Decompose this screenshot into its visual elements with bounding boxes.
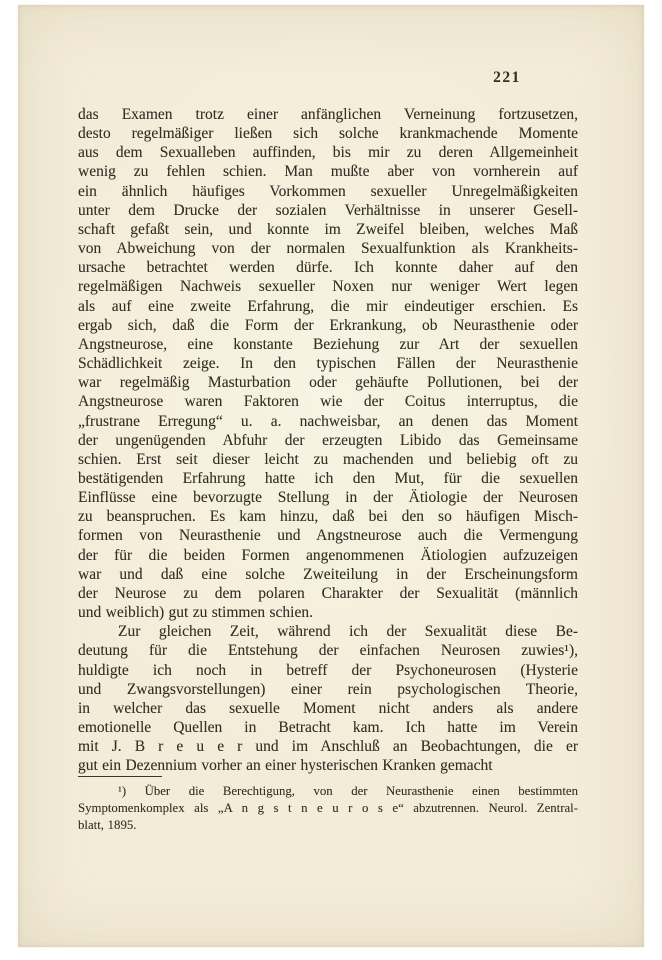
text-line: unter dem Drucke der sozialen Verhältnis… bbox=[78, 201, 578, 220]
text-line: Schädlichkeit zeige. In den typischen Fä… bbox=[78, 354, 578, 373]
text-line: schaft gefaßt sein, und konnte im Zweife… bbox=[78, 220, 578, 239]
text-line: der für die beiden Formen angenommenen Ä… bbox=[78, 546, 578, 565]
text-line: desto regelmäßiger ließen sich solche kr… bbox=[78, 124, 578, 143]
text-line: „frustrane Erregung“ u. a. nachweisbar, … bbox=[78, 412, 578, 431]
book-page: 221 das Examen trotz einer anfänglichen … bbox=[18, 5, 644, 947]
text-line: schien. Erst seit dieser leicht zu mache… bbox=[78, 450, 578, 469]
text-line: Angstneurose waren Faktoren wie der Coit… bbox=[78, 392, 578, 411]
text-line: der ungenügenden Abfuhr der erzeugten Li… bbox=[78, 431, 578, 450]
text-line: blatt, 1895. bbox=[78, 817, 578, 834]
text-line: ergab sich, daß die Form der Erkrankung,… bbox=[78, 316, 578, 335]
text-line: gut ein Dezennium vorher an einer hyster… bbox=[78, 756, 578, 775]
body-text: das Examen trotz einer anfänglichen Vern… bbox=[78, 105, 578, 775]
text-line: und Zwangsvorstellungen) einer rein psyc… bbox=[78, 680, 578, 699]
scanned-book-page: { "theme":{ "paper":"#f3ecd8", "ink":"#3… bbox=[0, 0, 662, 960]
text-line: zu beanspruchen. Es kam hinzu, daß bei d… bbox=[78, 507, 578, 526]
text-line: Angstneurose, eine konstante Beziehung z… bbox=[78, 335, 578, 354]
text-line: emotionelle Quellen in Betracht kam. Ich… bbox=[78, 718, 578, 737]
text-line: und weiblich) gut zu stimmen schien. bbox=[78, 603, 578, 622]
text-line: formen von Neurasthenie und Angstneurose… bbox=[78, 526, 578, 545]
text-line: war regelmäßig Masturbation oder gehäuft… bbox=[78, 373, 578, 392]
footnote-divider bbox=[78, 776, 162, 777]
text-line: regelmäßigen Nachweis sexueller Noxen nu… bbox=[78, 277, 578, 296]
text-line: ¹) Über die Berechtigung, von der Neuras… bbox=[78, 783, 578, 800]
text-line: aus dem Sexualleben auffinden, bis mir z… bbox=[78, 143, 578, 162]
text-line: ein ähnlich häufiges Vorkommen sexueller… bbox=[78, 182, 578, 201]
text-line: mit J. B r e u e r und im Anschluß an Be… bbox=[78, 737, 578, 756]
text-line: das Examen trotz einer anfänglichen Vern… bbox=[78, 105, 578, 124]
text-line: Einflüsse eine bevorzugte Stellung in de… bbox=[78, 488, 578, 507]
footnote: ¹) Über die Berechtigung, von der Neuras… bbox=[78, 783, 578, 835]
text-line: huldigte ich noch in betreff der Psychon… bbox=[78, 661, 578, 680]
text-line: deutung für die Entstehung der einfachen… bbox=[78, 641, 578, 660]
text-line: ursache betrachtet werden dürfe. Ich kon… bbox=[78, 258, 578, 277]
text-line: bestätigenden Erfahrung hatte ich den Mu… bbox=[78, 469, 578, 488]
text-line: in welcher das sexuelle Moment nicht and… bbox=[78, 699, 578, 718]
text-line: von Abweichung von der normalen Sexualfu… bbox=[78, 239, 578, 258]
text-line: der Neurose zu dem polaren Charakter der… bbox=[78, 584, 578, 603]
text-line: Zur gleichen Zeit, während ich der Sexua… bbox=[78, 622, 578, 641]
text-line: als auf eine zweite Erfahrung, die mir e… bbox=[78, 297, 578, 316]
text-line: war und daß eine solche Zweiteilung in d… bbox=[78, 565, 578, 584]
page-number: 221 bbox=[477, 69, 537, 87]
text-line: wenig zu fehlen schien. Man mußte aber v… bbox=[78, 162, 578, 181]
text-line: Symptomenkomplex als „A n g s t n e u r … bbox=[78, 800, 578, 817]
